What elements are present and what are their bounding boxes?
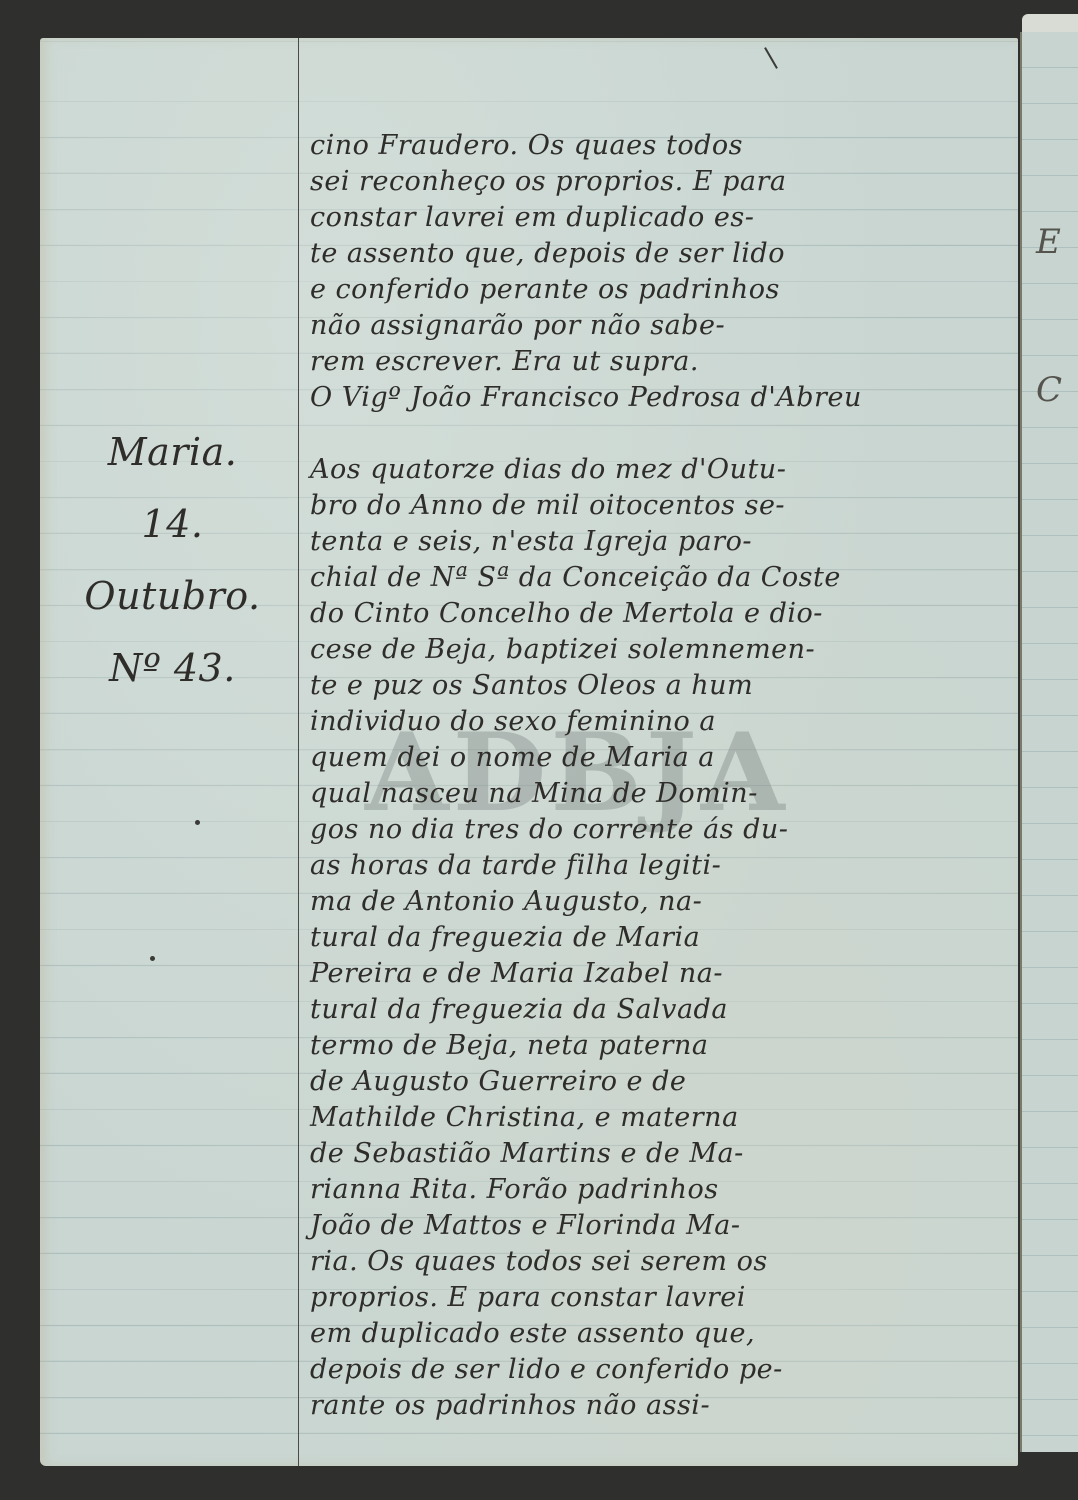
text-line: individuo do sexo feminino a (302, 704, 1012, 740)
text-line: gos no dia tres do corrente ás du- (302, 812, 1012, 848)
facing-page-glyph: E (1036, 222, 1061, 262)
margin-day: 14. (50, 488, 295, 560)
text-line: proprios. E para constar lavrei (302, 1280, 1012, 1316)
text-line: rianna Rita. Forão padrinhos (302, 1172, 1012, 1208)
signature-line: O Vigº João Francisco Pedrosa d'Abreu (302, 380, 1012, 416)
text-line: de Sebastião Martins e de Ma- (302, 1136, 1012, 1172)
text-line: sei reconheço os proprios. E para (302, 164, 1012, 200)
text-line: te e puz os Santos Oleos a hum (302, 668, 1012, 704)
text-line: bro do Anno de mil oitocentos se- (302, 488, 1012, 524)
ink-spot (195, 820, 200, 825)
text-line: quem dei o nome de Maria a (302, 740, 1012, 776)
facing-page-glyph: C (1036, 370, 1062, 410)
text-line: cese de Beja, baptizei solemnemen- (302, 632, 1012, 668)
text-line: constar lavrei em duplicado es- (302, 200, 1012, 236)
margin-name: Maria. (50, 416, 295, 488)
text-line: chial de Nª Sª da Conceição da Coste (302, 560, 1012, 596)
text-line: Aos quatorze dias do mez d'Outu- (302, 452, 1012, 488)
text-line: não assignarão por não sabe- (302, 308, 1012, 344)
margin-number: Nº 43. (50, 632, 295, 704)
text-line: as horas da tarde filha legiti- (302, 848, 1012, 884)
record-text: cino Fraudero. Os quaes todos sei reconh… (302, 128, 1012, 1424)
ink-spot (150, 956, 155, 961)
text-line: rante os padrinhos não assi- (302, 1388, 1012, 1424)
text-line: te assento que, depois de ser lido (302, 236, 1012, 272)
text-line: cino Fraudero. Os quaes todos (302, 128, 1012, 164)
text-line: rem escrever. Era ut supra. (302, 344, 1012, 380)
margin-entry: Maria. 14. Outubro. Nº 43. (50, 416, 295, 704)
text-line: depois de ser lido e conferido pe- (302, 1352, 1012, 1388)
margin-month: Outubro. (50, 560, 295, 632)
text-line: João de Mattos e Florinda Ma- (302, 1208, 1012, 1244)
text-line: termo de Beja, neta paterna (302, 1028, 1012, 1064)
text-line: do Cinto Concelho de Mertola e dio- (302, 596, 1012, 632)
text-line: Mathilde Christina, e materna (302, 1100, 1012, 1136)
text-line: ma de Antonio Augusto, na- (302, 884, 1012, 920)
text-line: tenta e seis, n'esta Igreja paro- (302, 524, 1012, 560)
text-line: de Augusto Guerreiro e de (302, 1064, 1012, 1100)
text-line: Pereira e de Maria Izabel na- (302, 956, 1012, 992)
register-page: ADBJA Maria. 14. Outubro. Nº 43. cino Fr… (40, 38, 1018, 1466)
text-line: tural da freguezia de Maria (302, 920, 1012, 956)
text-line: tural da freguezia da Salvada (302, 992, 1012, 1028)
pencil-mark (764, 47, 778, 69)
text-line: em duplicado este assento que, (302, 1316, 1012, 1352)
facing-page-edge: E C (1020, 32, 1078, 1452)
text-line: e conferido perante os padrinhos (302, 272, 1012, 308)
text-line: ria. Os quaes todos sei serem os (302, 1244, 1012, 1280)
margin-rule (298, 38, 299, 1466)
text-line: qual nasceu na Mina de Domin- (302, 776, 1012, 812)
